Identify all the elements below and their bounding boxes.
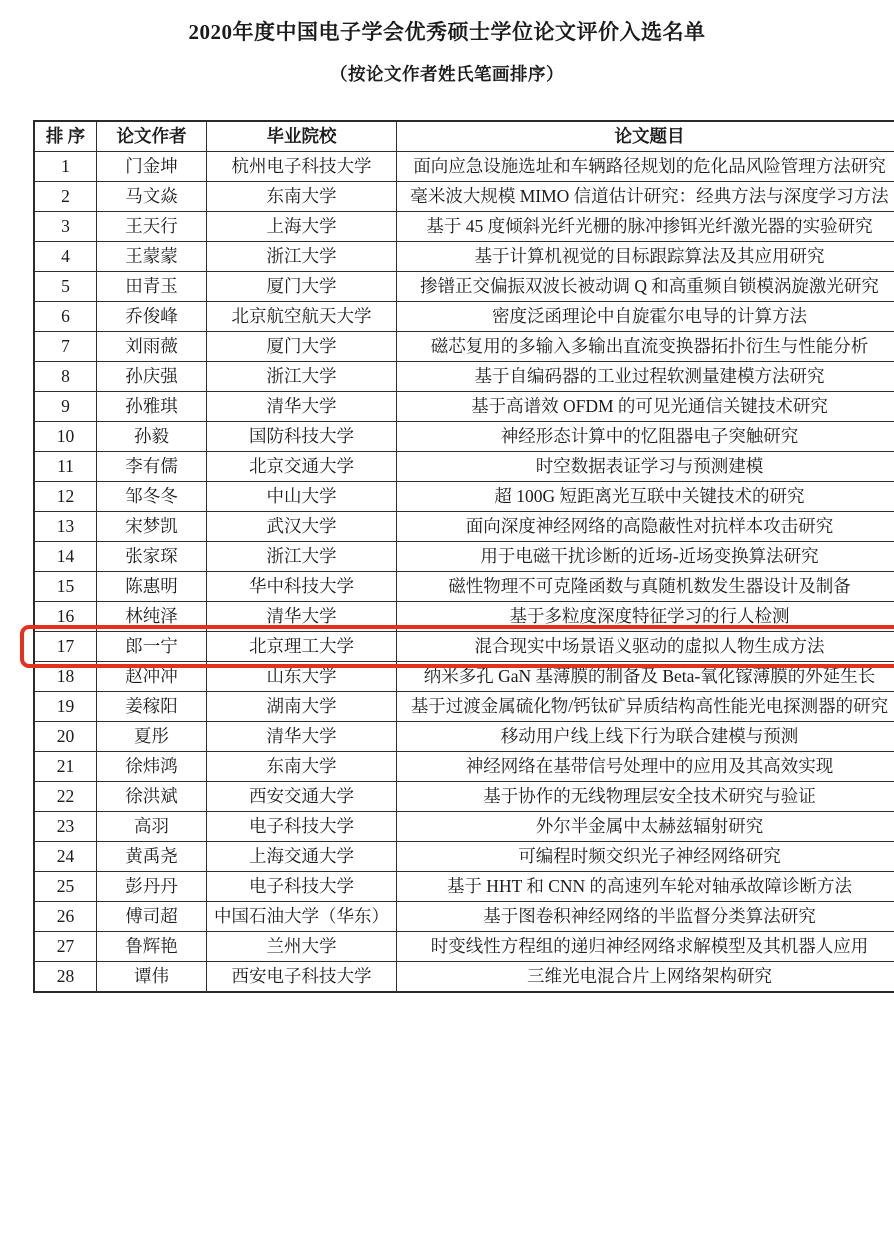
rank-cell: 16 <box>34 602 97 632</box>
school-cell: 华中科技大学 <box>207 572 397 602</box>
title-cell: 基于协作的无线物理层安全技术研究与验证 <box>397 782 894 812</box>
title-cell: 基于自编码器的工业过程软测量建模方法研究 <box>397 362 894 392</box>
title-cell: 密度泛函理论中自旋霍尔电导的计算方法 <box>397 302 894 332</box>
header-author: 论文作者 <box>97 121 207 152</box>
table-row: 26傅司超中国石油大学（华东）基于图卷积神经网络的半监督分类算法研究 <box>34 902 894 932</box>
table-row: 5田青玉厦门大学掺镨正交偏振双波长被动调 Q 和高重频自锁模涡旋激光研究 <box>34 272 894 302</box>
school-cell: 山东大学 <box>207 662 397 692</box>
table-row: 11李有儒北京交通大学时空数据表证学习与预测建模 <box>34 452 894 482</box>
school-cell: 清华大学 <box>207 392 397 422</box>
table-row: 14张家琛浙江大学用于电磁干扰诊断的近场-近场变换算法研究 <box>34 542 894 572</box>
author-cell: 夏彤 <box>97 722 207 752</box>
rank-cell: 3 <box>34 212 97 242</box>
rank-cell: 21 <box>34 752 97 782</box>
table-row: 20夏彤清华大学移动用户线上线下行为联合建模与预测 <box>34 722 894 752</box>
author-cell: 李有儒 <box>97 452 207 482</box>
rank-cell: 26 <box>34 902 97 932</box>
rank-cell: 8 <box>34 362 97 392</box>
table-row: 6乔俊峰北京航空航天大学密度泛函理论中自旋霍尔电导的计算方法 <box>34 302 894 332</box>
rank-cell: 5 <box>34 272 97 302</box>
author-cell: 王天行 <box>97 212 207 242</box>
author-cell: 陈惠明 <box>97 572 207 602</box>
author-cell: 孙庆强 <box>97 362 207 392</box>
title-cell: 可编程时频交织光子神经网络研究 <box>397 842 894 872</box>
rank-cell: 14 <box>34 542 97 572</box>
author-cell: 王蒙蒙 <box>97 242 207 272</box>
table-row: 16林纯泽清华大学基于多粒度深度特征学习的行人检测 <box>34 602 894 632</box>
table-row: 15陈惠明华中科技大学磁性物理不可克隆函数与真随机数发生器设计及制备 <box>34 572 894 602</box>
title-cell: 基于过渡金属硫化物/钙钛矿异质结构高性能光电探测器的研究 <box>397 692 894 722</box>
rank-cell: 17 <box>34 632 97 662</box>
author-cell: 田青玉 <box>97 272 207 302</box>
rank-cell: 11 <box>34 452 97 482</box>
page-title: 2020年度中国电子学会优秀硕士学位论文评价入选名单 <box>0 0 894 46</box>
table-row: 4王蒙蒙浙江大学基于计算机视觉的目标跟踪算法及其应用研究 <box>34 242 894 272</box>
rank-cell: 13 <box>34 512 97 542</box>
table-row: 10孙毅国防科技大学神经形态计算中的忆阻器电子突触研究 <box>34 422 894 452</box>
thesis-table: 排 序论文作者毕业院校论文题目 1门金坤杭州电子科技大学面向应急设施选址和车辆路… <box>33 120 894 993</box>
school-cell: 东南大学 <box>207 182 397 212</box>
school-cell: 西安交通大学 <box>207 782 397 812</box>
table-row: 3王天行上海大学基于 45 度倾斜光纤光栅的脉冲掺铒光纤激光器的实验研究 <box>34 212 894 242</box>
rank-cell: 4 <box>34 242 97 272</box>
rank-cell: 12 <box>34 482 97 512</box>
title-cell: 基于高谱效 OFDM 的可见光通信关键技术研究 <box>397 392 894 422</box>
author-cell: 马文焱 <box>97 182 207 212</box>
school-cell: 湖南大学 <box>207 692 397 722</box>
table-row: 8孙庆强浙江大学基于自编码器的工业过程软测量建模方法研究 <box>34 362 894 392</box>
table-header-row: 排 序论文作者毕业院校论文题目 <box>34 121 894 152</box>
title-cell: 三维光电混合片上网络架构研究 <box>397 962 894 993</box>
table-container: 排 序论文作者毕业院校论文题目 1门金坤杭州电子科技大学面向应急设施选址和车辆路… <box>33 120 881 993</box>
author-cell: 傅司超 <box>97 902 207 932</box>
page-subtitle: （按论文作者姓氏笔画排序） <box>0 46 894 86</box>
table-row: 9孙雅琪清华大学基于高谱效 OFDM 的可见光通信关键技术研究 <box>34 392 894 422</box>
title-cell: 移动用户线上线下行为联合建模与预测 <box>397 722 894 752</box>
header-school: 毕业院校 <box>207 121 397 152</box>
author-cell: 谭伟 <box>97 962 207 993</box>
author-cell: 彭丹丹 <box>97 872 207 902</box>
school-cell: 厦门大学 <box>207 332 397 362</box>
title-cell: 基于 HHT 和 CNN 的高速列车轮对轴承故障诊断方法 <box>397 872 894 902</box>
rank-cell: 6 <box>34 302 97 332</box>
author-cell: 徐洪斌 <box>97 782 207 812</box>
title-cell: 磁性物理不可克隆函数与真随机数发生器设计及制备 <box>397 572 894 602</box>
author-cell: 刘雨薇 <box>97 332 207 362</box>
rank-cell: 24 <box>34 842 97 872</box>
title-cell: 超 100G 短距离光互联中关键技术的研究 <box>397 482 894 512</box>
title-cell: 毫米波大规模 MIMO 信道估计研究：经典方法与深度学习方法 <box>397 182 894 212</box>
title-cell: 时空数据表证学习与预测建模 <box>397 452 894 482</box>
title-cell: 基于计算机视觉的目标跟踪算法及其应用研究 <box>397 242 894 272</box>
table-row: 17郎一宁北京理工大学混合现实中场景语义驱动的虚拟人物生成方法 <box>34 632 894 662</box>
author-cell: 邹冬冬 <box>97 482 207 512</box>
author-cell: 赵冲冲 <box>97 662 207 692</box>
school-cell: 兰州大学 <box>207 932 397 962</box>
author-cell: 宋梦凯 <box>97 512 207 542</box>
rank-cell: 22 <box>34 782 97 812</box>
school-cell: 武汉大学 <box>207 512 397 542</box>
school-cell: 清华大学 <box>207 722 397 752</box>
title-cell: 用于电磁干扰诊断的近场-近场变换算法研究 <box>397 542 894 572</box>
title-cell: 面向应急设施选址和车辆路径规划的危化品风险管理方法研究 <box>397 152 894 182</box>
rank-cell: 15 <box>34 572 97 602</box>
school-cell: 中山大学 <box>207 482 397 512</box>
title-cell: 基于多粒度深度特征学习的行人检测 <box>397 602 894 632</box>
school-cell: 浙江大学 <box>207 362 397 392</box>
school-cell: 上海大学 <box>207 212 397 242</box>
header-title: 论文题目 <box>397 121 894 152</box>
title-cell: 混合现实中场景语义驱动的虚拟人物生成方法 <box>397 632 894 662</box>
title-cell: 神经网络在基带信号处理中的应用及其高效实现 <box>397 752 894 782</box>
table-row: 27鲁辉艳兰州大学时变线性方程组的递归神经网络求解模型及其机器人应用 <box>34 932 894 962</box>
school-cell: 厦门大学 <box>207 272 397 302</box>
rank-cell: 18 <box>34 662 97 692</box>
author-cell: 张家琛 <box>97 542 207 572</box>
table-row: 24黄禹尧上海交通大学可编程时频交织光子神经网络研究 <box>34 842 894 872</box>
author-cell: 门金坤 <box>97 152 207 182</box>
table-row: 19姜稼阳湖南大学基于过渡金属硫化物/钙钛矿异质结构高性能光电探测器的研究 <box>34 692 894 722</box>
author-cell: 孙毅 <box>97 422 207 452</box>
table-row: 1门金坤杭州电子科技大学面向应急设施选址和车辆路径规划的危化品风险管理方法研究 <box>34 152 894 182</box>
school-cell: 北京交通大学 <box>207 452 397 482</box>
author-cell: 孙雅琪 <box>97 392 207 422</box>
table-row: 12邹冬冬中山大学超 100G 短距离光互联中关键技术的研究 <box>34 482 894 512</box>
school-cell: 国防科技大学 <box>207 422 397 452</box>
title-cell: 时变线性方程组的递归神经网络求解模型及其机器人应用 <box>397 932 894 962</box>
title-cell: 磁芯复用的多输入多输出直流变换器拓扑衍生与性能分析 <box>397 332 894 362</box>
school-cell: 浙江大学 <box>207 542 397 572</box>
author-cell: 黄禹尧 <box>97 842 207 872</box>
author-cell: 乔俊峰 <box>97 302 207 332</box>
author-cell: 鲁辉艳 <box>97 932 207 962</box>
table-row: 7刘雨薇厦门大学磁芯复用的多输入多输出直流变换器拓扑衍生与性能分析 <box>34 332 894 362</box>
rank-cell: 27 <box>34 932 97 962</box>
title-cell: 外尔半金属中太赫兹辐射研究 <box>397 812 894 842</box>
school-cell: 东南大学 <box>207 752 397 782</box>
title-cell: 基于图卷积神经网络的半监督分类算法研究 <box>397 902 894 932</box>
document-page: 2020年度中国电子学会优秀硕士学位论文评价入选名单 （按论文作者姓氏笔画排序）… <box>0 0 894 1247</box>
title-cell: 面向深度神经网络的高隐蔽性对抗样本攻击研究 <box>397 512 894 542</box>
table-row: 2马文焱东南大学毫米波大规模 MIMO 信道估计研究：经典方法与深度学习方法 <box>34 182 894 212</box>
author-cell: 林纯泽 <box>97 602 207 632</box>
title-cell: 纳米多孔 GaN 基薄膜的制备及 Beta-氧化镓薄膜的外延生长 <box>397 662 894 692</box>
table-row: 23高羽电子科技大学外尔半金属中太赫兹辐射研究 <box>34 812 894 842</box>
school-cell: 上海交通大学 <box>207 842 397 872</box>
author-cell: 高羽 <box>97 812 207 842</box>
rank-cell: 2 <box>34 182 97 212</box>
rank-cell: 1 <box>34 152 97 182</box>
school-cell: 浙江大学 <box>207 242 397 272</box>
rank-cell: 19 <box>34 692 97 722</box>
rank-cell: 9 <box>34 392 97 422</box>
title-cell: 掺镨正交偏振双波长被动调 Q 和高重频自锁模涡旋激光研究 <box>397 272 894 302</box>
header-rank: 排 序 <box>34 121 97 152</box>
rank-cell: 25 <box>34 872 97 902</box>
school-cell: 杭州电子科技大学 <box>207 152 397 182</box>
school-cell: 北京航空航天大学 <box>207 302 397 332</box>
table-row: 21徐炜鸿东南大学神经网络在基带信号处理中的应用及其高效实现 <box>34 752 894 782</box>
school-cell: 电子科技大学 <box>207 812 397 842</box>
rank-cell: 7 <box>34 332 97 362</box>
school-cell: 北京理工大学 <box>207 632 397 662</box>
rank-cell: 28 <box>34 962 97 993</box>
rank-cell: 20 <box>34 722 97 752</box>
rank-cell: 10 <box>34 422 97 452</box>
title-cell: 基于 45 度倾斜光纤光栅的脉冲掺铒光纤激光器的实验研究 <box>397 212 894 242</box>
rank-cell: 23 <box>34 812 97 842</box>
table-row: 25彭丹丹电子科技大学基于 HHT 和 CNN 的高速列车轮对轴承故障诊断方法 <box>34 872 894 902</box>
school-cell: 电子科技大学 <box>207 872 397 902</box>
author-cell: 郎一宁 <box>97 632 207 662</box>
table-row: 22徐洪斌西安交通大学基于协作的无线物理层安全技术研究与验证 <box>34 782 894 812</box>
school-cell: 中国石油大学（华东） <box>207 902 397 932</box>
school-cell: 清华大学 <box>207 602 397 632</box>
table-row: 18赵冲冲山东大学纳米多孔 GaN 基薄膜的制备及 Beta-氧化镓薄膜的外延生… <box>34 662 894 692</box>
author-cell: 徐炜鸿 <box>97 752 207 782</box>
table-row: 28谭伟西安电子科技大学三维光电混合片上网络架构研究 <box>34 962 894 993</box>
title-cell: 神经形态计算中的忆阻器电子突触研究 <box>397 422 894 452</box>
table-row: 13宋梦凯武汉大学面向深度神经网络的高隐蔽性对抗样本攻击研究 <box>34 512 894 542</box>
author-cell: 姜稼阳 <box>97 692 207 722</box>
school-cell: 西安电子科技大学 <box>207 962 397 993</box>
